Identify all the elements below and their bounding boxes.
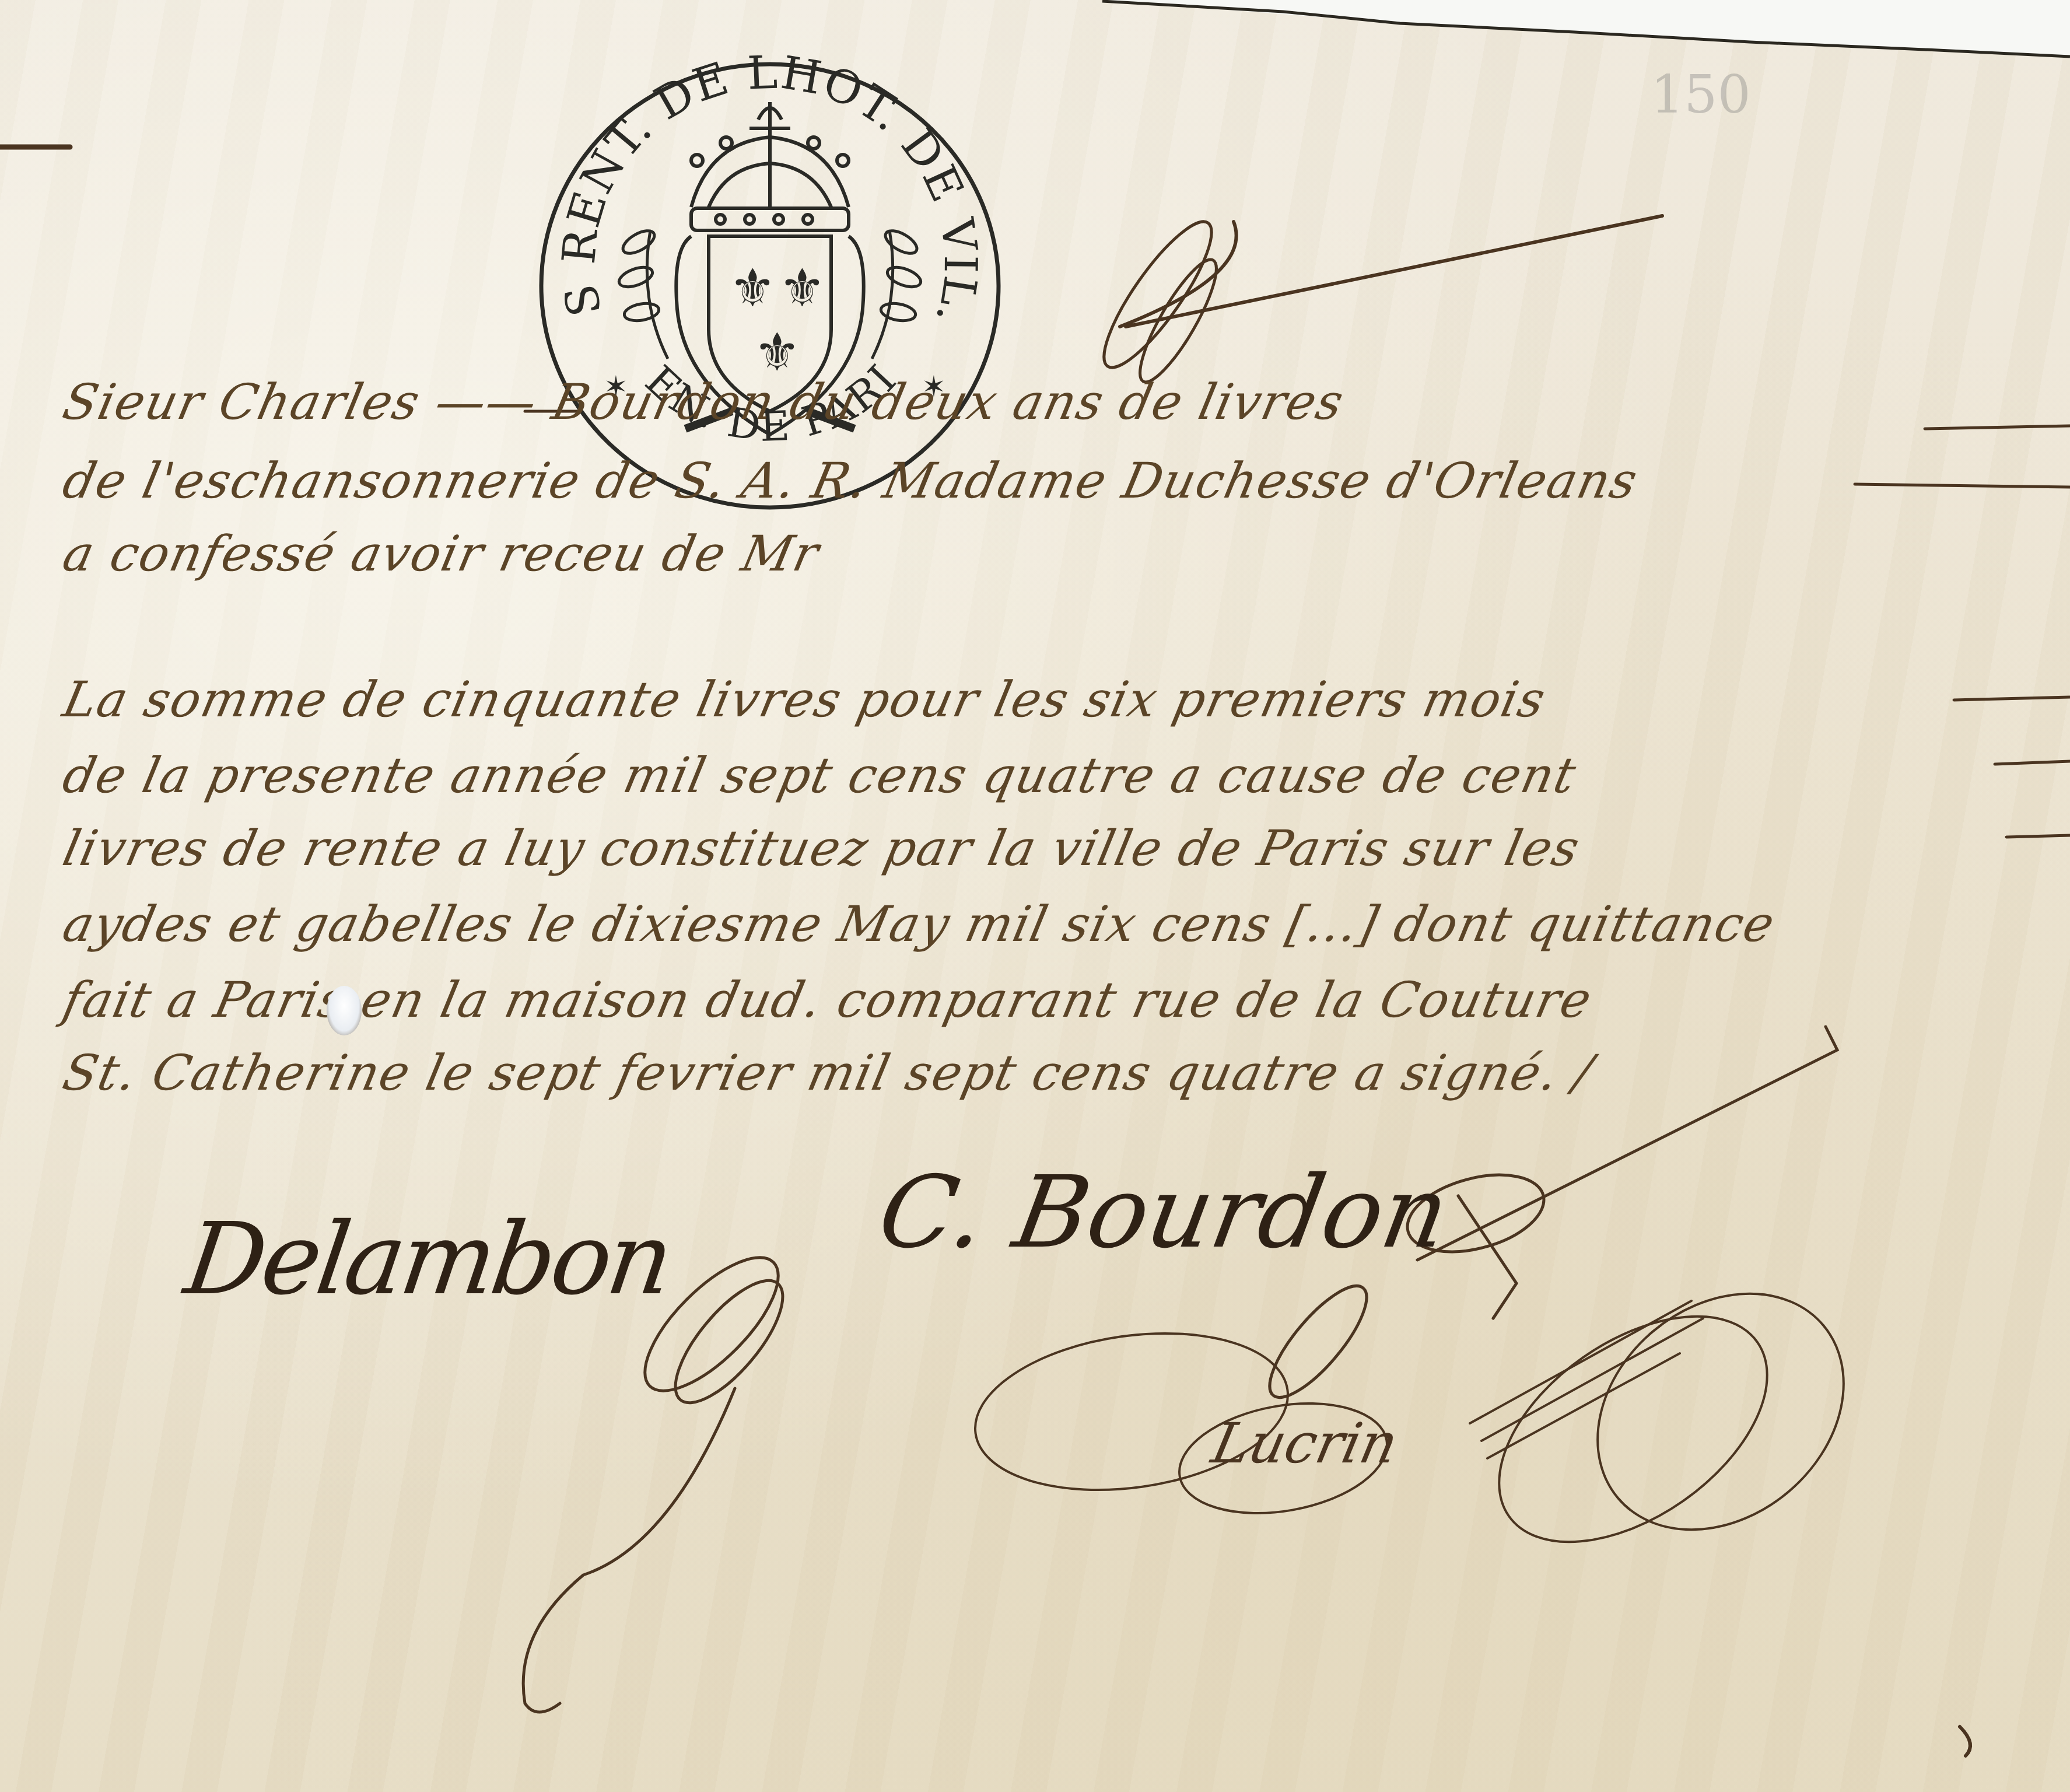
svg-text:⚜: ⚜ <box>779 258 826 319</box>
text-line-5: de la presente année mil sept cens quatr… <box>58 747 1582 804</box>
crown-icon <box>691 102 849 230</box>
fleur-de-lis-icon: ⚜ ⚜ ⚜ <box>729 258 826 383</box>
official-seal: Q. DES RENT. DE LHOT. DE VIL. II. S. GEN… <box>534 55 1006 516</box>
text-line-8: fait a Paris en la maison dud. comparant… <box>58 971 1598 1028</box>
svg-text:⚜: ⚜ <box>729 258 776 319</box>
signature-lucrin: Lucrin <box>1206 1412 1403 1476</box>
punch-hole <box>327 986 362 1035</box>
text-line-6: livres de rente a luy constituez par la … <box>58 820 1585 877</box>
pencil-annotation: 150 <box>1651 64 1751 125</box>
text-line-7: aydes et gabelles le dixiesme May mil si… <box>58 895 1781 953</box>
signature-delambon: Delambon <box>178 1202 677 1317</box>
text-line-1: Sieur Charles —— Bourdon du deux ans de … <box>58 373 1350 430</box>
signature-bourdon: C. Bourdon <box>871 1155 1458 1270</box>
text-line-9: St. Catherine le sept fevrier mil sept c… <box>58 1044 1599 1101</box>
text-line-3: a confessé avoir receu de Mr <box>58 525 825 582</box>
text-line-4: La somme de cinquante livres pour les si… <box>58 671 1551 728</box>
text-line-2: de l'eschansonnerie de S. A. R. Madame D… <box>58 452 1644 509</box>
